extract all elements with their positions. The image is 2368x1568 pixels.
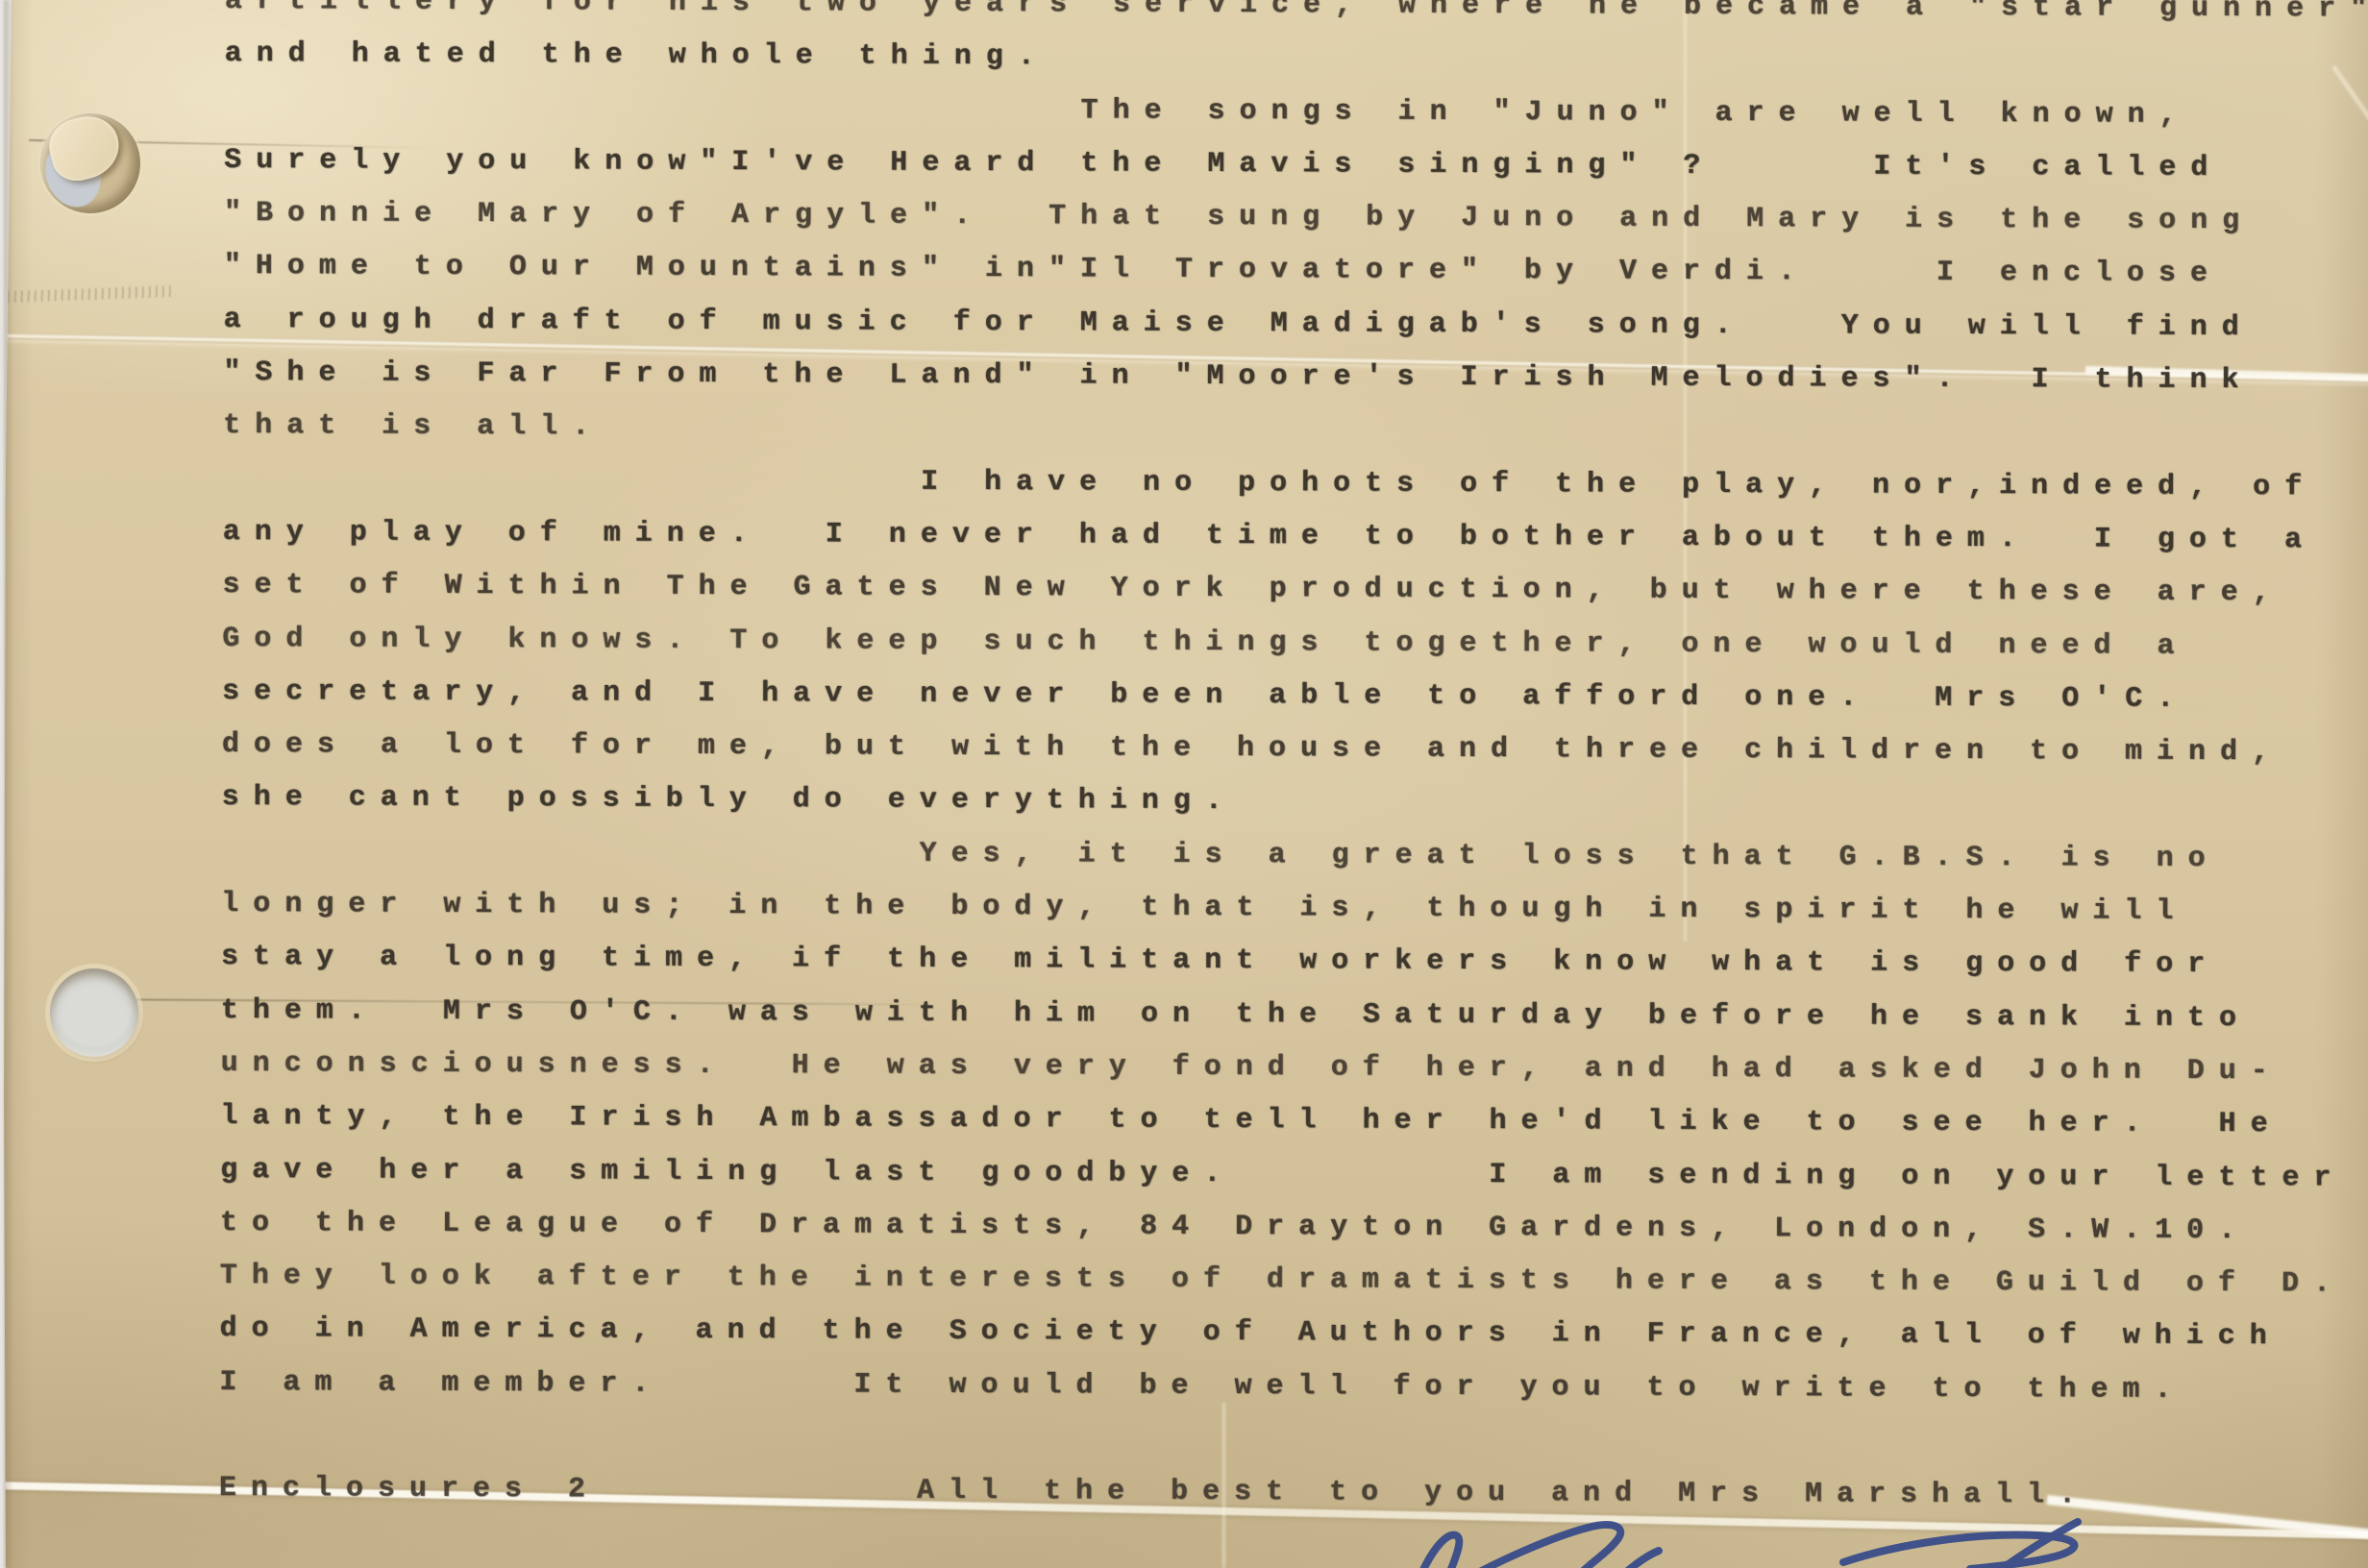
letter-line: Enclosures 2 All the best to you and Mrs… [219, 1462, 2368, 1524]
letter-line: she cant possibly do everything. [222, 772, 2368, 833]
letter-text: artillery for his two years service, whe… [219, 0, 2368, 1524]
letter-line: "Home to Our Mountains" in"Il Trovatore"… [224, 240, 2368, 302]
letter-line: them. Mrs O'C. was with him on the Satur… [221, 985, 2368, 1046]
letter-line: "Bonnie Mary of Argyle". That sung by Ju… [224, 187, 2368, 249]
paper-left-edge-shadow [4, 0, 13, 1568]
letter-line: stay a long time, if the militant worker… [221, 931, 2368, 992]
letter-line: unconsciousness. He was very fond of her… [221, 1038, 2368, 1099]
scanned-letter-page: artillery for his two years service, whe… [0, 0, 2368, 1568]
letter-line: do in America, and the Society of Author… [219, 1303, 2368, 1364]
letter-line [219, 1409, 2368, 1471]
letter-line: any play of mine. I never had time to bo… [223, 506, 2368, 568]
letter-line: I have no pohots of the play, nor,indeed… [223, 453, 2368, 515]
letter-line: lanty, the Irish Ambassador to tell her … [220, 1090, 2368, 1152]
letter-line: I am a member. It would be well for you … [219, 1357, 2368, 1418]
letter-line: set of Within The Gates New York product… [222, 559, 2368, 621]
letter-line: to the League of Dramatists, 84 Drayton … [220, 1197, 2368, 1259]
letter-line: secretary, and I have never been able to… [222, 666, 2368, 727]
letter-line: Yes, it is a great loss that G.B.S. is n… [221, 825, 2368, 887]
letter-line: and hated the whole thing. [225, 28, 2368, 89]
punch-hole-bottom [50, 968, 138, 1057]
letter-line: The songs in "Juno" are well known, [224, 82, 2368, 143]
letter-line: longer with us; in the body, that is, th… [221, 878, 2368, 940]
letter-line: gave her a smiling last goodbye. I am se… [220, 1144, 2368, 1206]
letter-line: that is all. [223, 400, 2368, 461]
letter-line: "She is Far From the Land" in "Moore's I… [223, 347, 2368, 408]
punch-hole-top [40, 113, 140, 213]
letter-line: Surely you know"I've Heard the Mavis sin… [224, 135, 2368, 196]
letter-line: does a lot for me, but with the house an… [222, 719, 2368, 780]
letter-line: They look after the interests of dramati… [220, 1250, 2368, 1311]
letter-line: God only knows. To keep such things toge… [222, 613, 2368, 674]
pencil-scribble [8, 285, 176, 303]
letter-line: a rough draft of music for Maise Madigab… [224, 294, 2368, 355]
letter-paper: artillery for his two years service, whe… [0, 0, 2368, 1568]
